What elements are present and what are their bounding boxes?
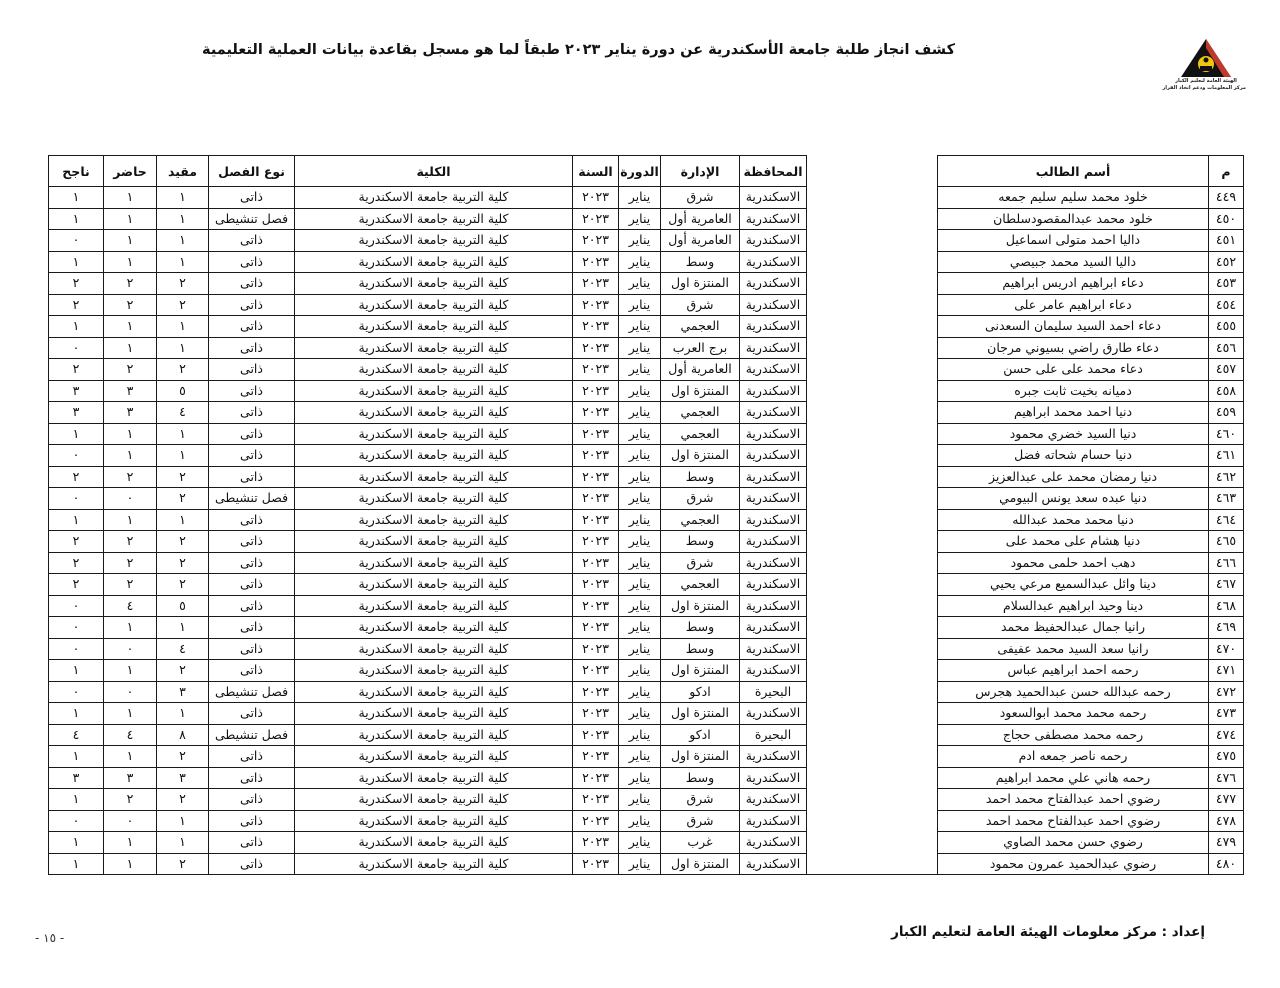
cell-class-type: ذاتى bbox=[209, 660, 295, 682]
cell-class-type: فصل تنشيطى bbox=[209, 208, 295, 230]
cell-student-name: دعاء طارق راضي بسيوني مرجان bbox=[938, 337, 1209, 359]
cell-governorate: الاسكندرية bbox=[740, 552, 807, 574]
cell-governorate: الاسكندرية bbox=[740, 251, 807, 273]
cell-passed: ٠ bbox=[49, 230, 104, 252]
cell-passed: ٢ bbox=[49, 466, 104, 488]
cell-num: ٤٥٣ bbox=[1209, 273, 1244, 295]
cell-present: ٠ bbox=[104, 488, 157, 510]
cell-num: ٤٥٠ bbox=[1209, 208, 1244, 230]
cell-passed: ٤ bbox=[49, 724, 104, 746]
cell-present: ١ bbox=[104, 337, 157, 359]
cell-present: ١ bbox=[104, 251, 157, 273]
col-header-num: م bbox=[1209, 156, 1244, 187]
cell-class-type: فصل تنشيطى bbox=[209, 488, 295, 510]
cell-registered: ١ bbox=[157, 187, 209, 209]
cell-student-name: دنيا حسام شحاته فضل bbox=[938, 445, 1209, 467]
cell-student-name: دينا وائل عبدالسميع مرعي يحيي bbox=[938, 574, 1209, 596]
cell-session: يناير bbox=[619, 531, 661, 553]
cell-passed: ٠ bbox=[49, 810, 104, 832]
cell-college: كلية التربية جامعة الاسكندرية bbox=[295, 617, 573, 639]
table-row: ٤٧٠رانيا سعد السيد محمد عفيفىالاسكندريةو… bbox=[49, 638, 1244, 660]
cell-session: يناير bbox=[619, 832, 661, 854]
cell-present: ٢ bbox=[104, 466, 157, 488]
cell-year: ٢٠٢٣ bbox=[573, 208, 619, 230]
cell-student-name: رحمه محمد محمد ابوالسعود bbox=[938, 703, 1209, 725]
cell-gap bbox=[807, 380, 938, 402]
cell-administration: العجمي bbox=[661, 423, 740, 445]
cell-year: ٢٠٢٣ bbox=[573, 187, 619, 209]
cell-college: كلية التربية جامعة الاسكندرية bbox=[295, 488, 573, 510]
cell-college: كلية التربية جامعة الاسكندرية bbox=[295, 230, 573, 252]
cell-present: ٢ bbox=[104, 574, 157, 596]
cell-governorate: الاسكندرية bbox=[740, 230, 807, 252]
cell-governorate: الاسكندرية bbox=[740, 531, 807, 553]
cell-session: يناير bbox=[619, 488, 661, 510]
cell-registered: ٤ bbox=[157, 638, 209, 660]
cell-administration: العجمي bbox=[661, 316, 740, 338]
cell-session: يناير bbox=[619, 466, 661, 488]
cell-governorate: الاسكندرية bbox=[740, 488, 807, 510]
cell-passed: ١ bbox=[49, 853, 104, 875]
table-row: ٤٧٥رحمه ناصر جمعه ادمالاسكندريةالمنتزة ا… bbox=[49, 746, 1244, 768]
cell-class-type: ذاتى bbox=[209, 853, 295, 875]
table-row: ٤٦٦دهب احمد حلمى محمودالاسكندريةشرقيناير… bbox=[49, 552, 1244, 574]
cell-session: يناير bbox=[619, 187, 661, 209]
cell-class-type: ذاتى bbox=[209, 316, 295, 338]
cell-num: ٤٦١ bbox=[1209, 445, 1244, 467]
cell-class-type: ذاتى bbox=[209, 617, 295, 639]
cell-college: كلية التربية جامعة الاسكندرية bbox=[295, 638, 573, 660]
cell-registered: ٢ bbox=[157, 853, 209, 875]
cell-student-name: رضوي حسن محمد الصاوي bbox=[938, 832, 1209, 854]
cell-student-name: رحمه محمد مصطفى حجاج bbox=[938, 724, 1209, 746]
cell-session: يناير bbox=[619, 423, 661, 445]
cell-year: ٢٠٢٣ bbox=[573, 423, 619, 445]
cell-class-type: ذاتى bbox=[209, 552, 295, 574]
cell-college: كلية التربية جامعة الاسكندرية bbox=[295, 316, 573, 338]
cell-passed: ١ bbox=[49, 251, 104, 273]
footer-credit: إعداد : مركز معلومات الهيئة العامة لتعلي… bbox=[905, 924, 1205, 940]
cell-student-name: خلود محمد سليم سليم جمعه bbox=[938, 187, 1209, 209]
cell-gap bbox=[807, 810, 938, 832]
cell-college: كلية التربية جامعة الاسكندرية bbox=[295, 724, 573, 746]
cell-governorate: الاسكندرية bbox=[740, 509, 807, 531]
cell-registered: ١ bbox=[157, 230, 209, 252]
cell-college: كلية التربية جامعة الاسكندرية bbox=[295, 810, 573, 832]
cell-gap bbox=[807, 595, 938, 617]
table-row: ٤٥٤دعاء ابراهيم عامر علىالاسكندريةشرقينا… bbox=[49, 294, 1244, 316]
cell-present: ٢ bbox=[104, 789, 157, 811]
cell-present: ١ bbox=[104, 208, 157, 230]
cell-college: كلية التربية جامعة الاسكندرية bbox=[295, 853, 573, 875]
cell-class-type: ذاتى bbox=[209, 810, 295, 832]
cell-num: ٤٧٨ bbox=[1209, 810, 1244, 832]
cell-class-type: ذاتى bbox=[209, 423, 295, 445]
cell-present: ١ bbox=[104, 853, 157, 875]
cell-administration: وسط bbox=[661, 466, 740, 488]
cell-governorate: الاسكندرية bbox=[740, 445, 807, 467]
table-row: ٤٦٠دنيا السيد خضري محمودالاسكندريةالعجمي… bbox=[49, 423, 1244, 445]
cell-governorate: الاسكندرية bbox=[740, 853, 807, 875]
cell-num: ٤٤٩ bbox=[1209, 187, 1244, 209]
cell-present: ٢ bbox=[104, 531, 157, 553]
cell-year: ٢٠٢٣ bbox=[573, 552, 619, 574]
cell-gap bbox=[807, 230, 938, 252]
cell-class-type: ذاتى bbox=[209, 294, 295, 316]
cell-college: كلية التربية جامعة الاسكندرية bbox=[295, 660, 573, 682]
cell-registered: ٢ bbox=[157, 488, 209, 510]
cell-administration: شرق bbox=[661, 488, 740, 510]
cell-class-type: ذاتى bbox=[209, 509, 295, 531]
cell-gap bbox=[807, 681, 938, 703]
cell-passed: ١ bbox=[49, 208, 104, 230]
cell-governorate: الاسكندرية bbox=[740, 574, 807, 596]
cell-governorate: البحيرة bbox=[740, 681, 807, 703]
cell-year: ٢٠٢٣ bbox=[573, 402, 619, 424]
cell-year: ٢٠٢٣ bbox=[573, 789, 619, 811]
cell-gap bbox=[807, 273, 938, 295]
col-header-gap bbox=[807, 156, 938, 187]
cell-present: ١ bbox=[104, 445, 157, 467]
cell-college: كلية التربية جامعة الاسكندرية bbox=[295, 681, 573, 703]
results-table: م أسم الطالب المحافظة الإدارة الدورة الس… bbox=[48, 155, 1244, 875]
cell-gap bbox=[807, 208, 938, 230]
cell-class-type: ذاتى bbox=[209, 595, 295, 617]
cell-session: يناير bbox=[619, 767, 661, 789]
cell-class-type: ذاتى bbox=[209, 273, 295, 295]
cell-year: ٢٠٢٣ bbox=[573, 273, 619, 295]
cell-governorate: الاسكندرية bbox=[740, 810, 807, 832]
cell-year: ٢٠٢٣ bbox=[573, 466, 619, 488]
cell-present: ١ bbox=[104, 660, 157, 682]
cell-passed: ١ bbox=[49, 703, 104, 725]
cell-year: ٢٠٢٣ bbox=[573, 445, 619, 467]
cell-present: ٠ bbox=[104, 810, 157, 832]
cell-num: ٤٥٦ bbox=[1209, 337, 1244, 359]
cell-administration: المنتزة اول bbox=[661, 703, 740, 725]
cell-present: ١ bbox=[104, 746, 157, 768]
cell-administration: وسط bbox=[661, 617, 740, 639]
cell-administration: العامرية أول bbox=[661, 230, 740, 252]
cell-passed: ٢ bbox=[49, 552, 104, 574]
cell-governorate: الاسكندرية bbox=[740, 789, 807, 811]
page-title: كشف انجاز طلبة جامعة الأسكندرية عن دورة … bbox=[330, 42, 955, 58]
cell-student-name: دينا وحيد ابراهيم عبدالسلام bbox=[938, 595, 1209, 617]
cell-student-name: خلود محمد عبدالمقصودسلطان bbox=[938, 208, 1209, 230]
cell-college: كلية التربية جامعة الاسكندرية bbox=[295, 445, 573, 467]
cell-registered: ٢ bbox=[157, 294, 209, 316]
cell-student-name: دميانه بخيت ثابت جبره bbox=[938, 380, 1209, 402]
cell-governorate: البحيرة bbox=[740, 724, 807, 746]
cell-year: ٢٠٢٣ bbox=[573, 746, 619, 768]
cell-registered: ٢ bbox=[157, 273, 209, 295]
cell-college: كلية التربية جامعة الاسكندرية bbox=[295, 746, 573, 768]
table-row: ٤٦٧دينا وائل عبدالسميع مرعي يحييالاسكندر… bbox=[49, 574, 1244, 596]
cell-session: يناير bbox=[619, 810, 661, 832]
cell-session: يناير bbox=[619, 574, 661, 596]
cell-college: كلية التربية جامعة الاسكندرية bbox=[295, 531, 573, 553]
cell-registered: ١ bbox=[157, 316, 209, 338]
cell-num: ٤٨٠ bbox=[1209, 853, 1244, 875]
cell-year: ٢٠٢٣ bbox=[573, 531, 619, 553]
table-row: ٤٥٥دعاء احمد السيد سليمان السعدنىالاسكند… bbox=[49, 316, 1244, 338]
cell-passed: ٠ bbox=[49, 488, 104, 510]
cell-passed: ١ bbox=[49, 187, 104, 209]
cell-administration: المنتزة اول bbox=[661, 273, 740, 295]
cell-session: يناير bbox=[619, 445, 661, 467]
cell-governorate: الاسكندرية bbox=[740, 638, 807, 660]
cell-passed: ١ bbox=[49, 832, 104, 854]
cell-administration: المنتزة اول bbox=[661, 660, 740, 682]
cell-session: يناير bbox=[619, 251, 661, 273]
cell-administration: وسط bbox=[661, 767, 740, 789]
cell-passed: ١ bbox=[49, 316, 104, 338]
cell-gap bbox=[807, 445, 938, 467]
cell-registered: ٢ bbox=[157, 466, 209, 488]
table-row: ٤٦١دنيا حسام شحاته فضلالاسكندريةالمنتزة … bbox=[49, 445, 1244, 467]
cell-administration: برج العرب bbox=[661, 337, 740, 359]
cell-student-name: رانيا سعد السيد محمد عفيفى bbox=[938, 638, 1209, 660]
cell-class-type: ذاتى bbox=[209, 746, 295, 768]
cell-passed: ١ bbox=[49, 509, 104, 531]
cell-governorate: الاسكندرية bbox=[740, 767, 807, 789]
cell-registered: ٢ bbox=[157, 789, 209, 811]
logo-caption-line1: الهيئة العامة لتعليم الكبار bbox=[1166, 78, 1246, 85]
cell-registered: ٣ bbox=[157, 767, 209, 789]
cell-college: كلية التربية جامعة الاسكندرية bbox=[295, 337, 573, 359]
cell-college: كلية التربية جامعة الاسكندرية bbox=[295, 380, 573, 402]
cell-num: ٤٥٤ bbox=[1209, 294, 1244, 316]
cell-student-name: دنيا محمد محمد عبدالله bbox=[938, 509, 1209, 531]
col-header-name: أسم الطالب bbox=[938, 156, 1209, 187]
table-row: ٤٧٣رحمه محمد محمد ابوالسعودالاسكندريةالم… bbox=[49, 703, 1244, 725]
cell-session: يناير bbox=[619, 660, 661, 682]
cell-class-type: ذاتى bbox=[209, 789, 295, 811]
cell-num: ٤٧٦ bbox=[1209, 767, 1244, 789]
col-header-administration: الإدارة bbox=[661, 156, 740, 187]
cell-registered: ٢ bbox=[157, 746, 209, 768]
table-row: ٤٦٣دنيا عبده سعد يونس البيوميالاسكندريةش… bbox=[49, 488, 1244, 510]
cell-num: ٤٧٩ bbox=[1209, 832, 1244, 854]
cell-passed: ٠ bbox=[49, 595, 104, 617]
cell-num: ٤٦٢ bbox=[1209, 466, 1244, 488]
cell-class-type: ذاتى bbox=[209, 337, 295, 359]
cell-student-name: داليا احمد متولى اسماعيل bbox=[938, 230, 1209, 252]
cell-gap bbox=[807, 402, 938, 424]
cell-passed: ١ bbox=[49, 789, 104, 811]
table-row: ٤٤٩خلود محمد سليم سليم جمعهالاسكندريةشرق… bbox=[49, 187, 1244, 209]
cell-present: ١ bbox=[104, 316, 157, 338]
cell-year: ٢٠٢٣ bbox=[573, 337, 619, 359]
cell-gap bbox=[807, 423, 938, 445]
cell-passed: ٢ bbox=[49, 531, 104, 553]
cell-student-name: رحمه هاني علي محمد ابراهيم bbox=[938, 767, 1209, 789]
cell-year: ٢٠٢٣ bbox=[573, 574, 619, 596]
cell-governorate: الاسكندرية bbox=[740, 402, 807, 424]
cell-administration: المنتزة اول bbox=[661, 853, 740, 875]
cell-administration: العامرية أول bbox=[661, 359, 740, 381]
cell-passed: ١ bbox=[49, 746, 104, 768]
cell-year: ٢٠٢٣ bbox=[573, 724, 619, 746]
cell-administration: وسط bbox=[661, 251, 740, 273]
cell-class-type: فصل تنشيطى bbox=[209, 681, 295, 703]
cell-registered: ٥ bbox=[157, 595, 209, 617]
cell-year: ٢٠٢٣ bbox=[573, 294, 619, 316]
cell-passed: ٠ bbox=[49, 681, 104, 703]
cell-student-name: داليا السيد محمد جبيصي bbox=[938, 251, 1209, 273]
cell-student-name: رضوي عبدالحميد عمرون محمود bbox=[938, 853, 1209, 875]
cell-college: كلية التربية جامعة الاسكندرية bbox=[295, 574, 573, 596]
cell-present: ١ bbox=[104, 423, 157, 445]
cell-student-name: دعاء ابراهيم ادريس ابراهيم bbox=[938, 273, 1209, 295]
cell-num: ٤٦٦ bbox=[1209, 552, 1244, 574]
cell-class-type: ذاتى bbox=[209, 187, 295, 209]
cell-student-name: رحمه ناصر جمعه ادم bbox=[938, 746, 1209, 768]
cell-governorate: الاسكندرية bbox=[740, 273, 807, 295]
cell-gap bbox=[807, 466, 938, 488]
cell-registered: ١ bbox=[157, 810, 209, 832]
cell-year: ٢٠٢٣ bbox=[573, 810, 619, 832]
cell-present: ٤ bbox=[104, 724, 157, 746]
cell-student-name: دنيا رمضان محمد على عبدالعزيز bbox=[938, 466, 1209, 488]
cell-gap bbox=[807, 746, 938, 768]
cell-session: يناير bbox=[619, 337, 661, 359]
cell-registered: ٨ bbox=[157, 724, 209, 746]
cell-session: يناير bbox=[619, 746, 661, 768]
cell-year: ٢٠٢٣ bbox=[573, 638, 619, 660]
cell-registered: ٢ bbox=[157, 531, 209, 553]
cell-college: كلية التربية جامعة الاسكندرية bbox=[295, 251, 573, 273]
cell-year: ٢٠٢٣ bbox=[573, 660, 619, 682]
cell-passed: ٠ bbox=[49, 617, 104, 639]
table-row: ٤٦٥دنيا هشام على محمد علىالاسكندريةوسطين… bbox=[49, 531, 1244, 553]
cell-governorate: الاسكندرية bbox=[740, 359, 807, 381]
cell-class-type: فصل تنشيطى bbox=[209, 724, 295, 746]
cell-student-name: رضوي احمد عبدالفتاح محمد احمد bbox=[938, 789, 1209, 811]
cell-year: ٢٠٢٣ bbox=[573, 832, 619, 854]
table-row: ٤٥١داليا احمد متولى اسماعيلالاسكندريةالع… bbox=[49, 230, 1244, 252]
cell-num: ٤٧٥ bbox=[1209, 746, 1244, 768]
col-header-college: الكلية bbox=[295, 156, 573, 187]
cell-student-name: دنيا السيد خضري محمود bbox=[938, 423, 1209, 445]
cell-class-type: ذاتى bbox=[209, 638, 295, 660]
cell-student-name: دنيا احمد محمد ابراهيم bbox=[938, 402, 1209, 424]
cell-present: ٢ bbox=[104, 294, 157, 316]
cell-student-name: رضوي احمد عبدالفتاح محمد احمد bbox=[938, 810, 1209, 832]
cell-session: يناير bbox=[619, 552, 661, 574]
cell-governorate: الاسكندرية bbox=[740, 380, 807, 402]
table-body: ٤٤٩خلود محمد سليم سليم جمعهالاسكندريةشرق… bbox=[49, 187, 1244, 875]
cell-present: ٢ bbox=[104, 552, 157, 574]
cell-passed: ٢ bbox=[49, 294, 104, 316]
logo: الهيئة العامة لتعليم الكبار مركز المعلوم… bbox=[1166, 38, 1246, 100]
cell-administration: شرق bbox=[661, 294, 740, 316]
cell-college: كلية التربية جامعة الاسكندرية bbox=[295, 402, 573, 424]
cell-administration: العجمي bbox=[661, 402, 740, 424]
table-row: ٤٧٤رحمه محمد مصطفى حجاجالبحيرةادكويناير٢… bbox=[49, 724, 1244, 746]
cell-present: ٤ bbox=[104, 595, 157, 617]
cell-session: يناير bbox=[619, 703, 661, 725]
cell-administration: ادكو bbox=[661, 681, 740, 703]
cell-present: ١ bbox=[104, 617, 157, 639]
cell-present: ١ bbox=[104, 832, 157, 854]
cell-college: كلية التربية جامعة الاسكندرية bbox=[295, 767, 573, 789]
cell-year: ٢٠٢٣ bbox=[573, 380, 619, 402]
cell-passed: ٠ bbox=[49, 337, 104, 359]
table-row: ٤٦٤دنيا محمد محمد عبداللهالاسكندريةالعجم… bbox=[49, 509, 1244, 531]
cell-student-name: رانيا جمال عبدالحفيظ محمد bbox=[938, 617, 1209, 639]
cell-gap bbox=[807, 359, 938, 381]
cell-class-type: ذاتى bbox=[209, 531, 295, 553]
cell-passed: ٢ bbox=[49, 574, 104, 596]
cell-session: يناير bbox=[619, 316, 661, 338]
cell-class-type: ذاتى bbox=[209, 380, 295, 402]
cell-governorate: الاسكندرية bbox=[740, 660, 807, 682]
cell-passed: ١ bbox=[49, 660, 104, 682]
col-header-class-type: نوع الفصل bbox=[209, 156, 295, 187]
cell-administration: غرب bbox=[661, 832, 740, 854]
cell-class-type: ذاتى bbox=[209, 251, 295, 273]
cell-college: كلية التربية جامعة الاسكندرية bbox=[295, 703, 573, 725]
cell-year: ٢٠٢٣ bbox=[573, 617, 619, 639]
logo-caption-line2: مركز المعلومات ودعم اتخاذ القرار bbox=[1166, 85, 1246, 92]
cell-gap bbox=[807, 488, 938, 510]
col-header-present: حاضر bbox=[104, 156, 157, 187]
cell-governorate: الاسكندرية bbox=[740, 208, 807, 230]
cell-administration: شرق bbox=[661, 552, 740, 574]
cell-administration: العجمي bbox=[661, 509, 740, 531]
cell-administration: المنتزة اول bbox=[661, 595, 740, 617]
table-row: ٤٦٢دنيا رمضان محمد على عبدالعزيزالاسكندر… bbox=[49, 466, 1244, 488]
cell-class-type: ذاتى bbox=[209, 230, 295, 252]
col-header-year: السنة bbox=[573, 156, 619, 187]
cell-year: ٢٠٢٣ bbox=[573, 767, 619, 789]
triangle-emblem-icon bbox=[1180, 38, 1232, 78]
cell-session: يناير bbox=[619, 359, 661, 381]
cell-college: كلية التربية جامعة الاسكندرية bbox=[295, 423, 573, 445]
table-header-row: م أسم الطالب المحافظة الإدارة الدورة الس… bbox=[49, 156, 1244, 187]
cell-administration: العجمي bbox=[661, 574, 740, 596]
cell-administration: شرق bbox=[661, 789, 740, 811]
cell-session: يناير bbox=[619, 208, 661, 230]
cell-college: كلية التربية جامعة الاسكندرية bbox=[295, 187, 573, 209]
cell-session: يناير bbox=[619, 294, 661, 316]
cell-passed: ٠ bbox=[49, 638, 104, 660]
page-number: - ١٥ - bbox=[35, 931, 64, 945]
cell-administration: المنتزة اول bbox=[661, 380, 740, 402]
cell-registered: ١ bbox=[157, 251, 209, 273]
cell-registered: ١ bbox=[157, 208, 209, 230]
cell-num: ٤٥٢ bbox=[1209, 251, 1244, 273]
cell-registered: ١ bbox=[157, 337, 209, 359]
cell-year: ٢٠٢٣ bbox=[573, 251, 619, 273]
cell-present: ٣ bbox=[104, 380, 157, 402]
cell-student-name: دعاء ابراهيم عامر على bbox=[938, 294, 1209, 316]
cell-college: كلية التربية جامعة الاسكندرية bbox=[295, 509, 573, 531]
cell-student-name: دنيا هشام على محمد على bbox=[938, 531, 1209, 553]
cell-num: ٤٦٤ bbox=[1209, 509, 1244, 531]
cell-student-name: دعاء محمد على على حسن bbox=[938, 359, 1209, 381]
cell-present: ١ bbox=[104, 230, 157, 252]
table-row: ٤٦٩رانيا جمال عبدالحفيظ محمدالاسكندريةوس… bbox=[49, 617, 1244, 639]
cell-num: ٤٧٧ bbox=[1209, 789, 1244, 811]
table-row: ٤٧٧رضوي احمد عبدالفتاح محمد احمدالاسكندر… bbox=[49, 789, 1244, 811]
cell-num: ٤٧١ bbox=[1209, 660, 1244, 682]
cell-class-type: ذاتى bbox=[209, 832, 295, 854]
cell-registered: ٢ bbox=[157, 359, 209, 381]
cell-gap bbox=[807, 703, 938, 725]
cell-class-type: ذاتى bbox=[209, 703, 295, 725]
